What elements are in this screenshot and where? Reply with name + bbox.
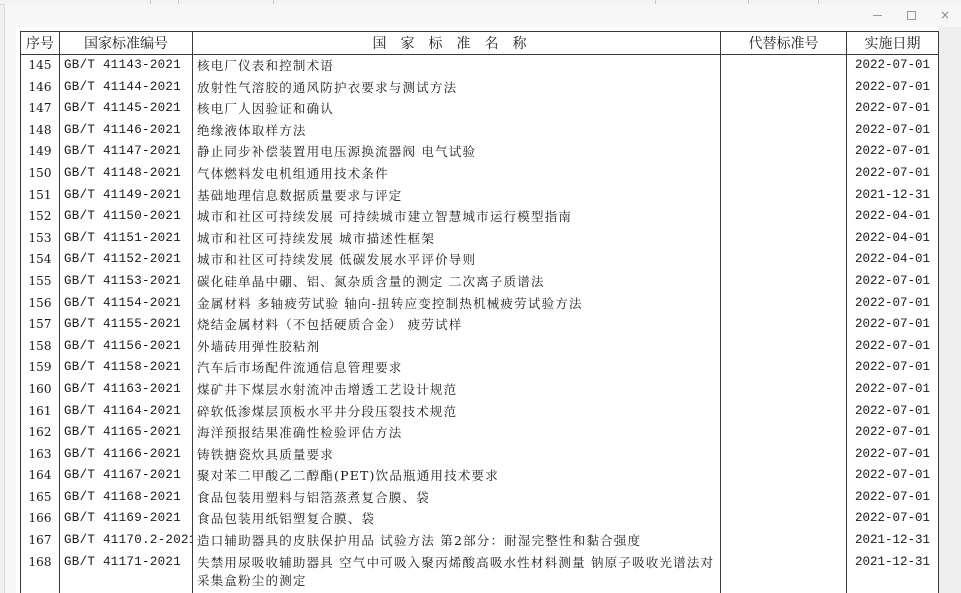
cell-code: GB/T 41153-2021 [60,271,193,293]
cell-replaced [721,163,847,185]
cell-name: 外墙砖用弹性胶粘剂 [193,336,721,358]
cell-replaced [721,379,847,401]
cell-name: 气体燃料发电机组通用技术条件 [193,163,721,185]
cell-seq: 162 [21,422,60,444]
cell-code: GB/T 41148-2021 [60,163,193,185]
cell-replaced [721,77,847,99]
table-row: 153GB/T 41151-2021城市和社区可持续发展 城市描述性框架2022… [21,228,939,250]
cell-date: 2021-12-31 [847,185,939,207]
cell-code: GB/T 41164-2021 [60,401,193,423]
cell-code: GB/T 41166-2021 [60,444,193,466]
cell-code: GB/T 41155-2021 [60,314,193,336]
cell-name: 铸铁搪瓷炊具质量要求 [193,444,721,466]
cell-seq: 151 [21,185,60,207]
cell-date: 2022-07-01 [847,401,939,423]
cell-replaced [721,444,847,466]
cell-replaced [721,336,847,358]
close-icon: × [940,8,950,22]
cell-name: 碎软低渗煤层顶板水平井分段压裂技术规范 [193,401,721,423]
cell-code: GB/T 41165-2021 [60,422,193,444]
cell-name: 碳化硅单晶中硼、铝、氮杂质含量的测定 二次离子质谱法 [193,271,721,293]
cell-replaced [721,357,847,379]
cell-seq: 158 [21,336,60,358]
table-row: 168GB/T 41171-2021失禁用尿吸收辅助器具 空气中可吸入聚丙烯酸高… [21,552,939,593]
table-row: 145GB/T 41143-2021核电厂仪表和控制术语2022-07-01 [21,55,939,77]
cell-date: 2022-07-01 [847,357,939,379]
cell-date: 2022-07-01 [847,379,939,401]
cell-name: 基础地理信息数据质量要求与评定 [193,185,721,207]
cell-code: GB/T 41143-2021 [60,55,193,77]
table-row: 149GB/T 41147-2021静止同步补偿装置用电压源换流器阀 电气试验2… [21,141,939,163]
cell-code: GB/T 41145-2021 [60,98,193,120]
cell-code: GB/T 41170.2-2021 [60,530,193,552]
cell-replaced [721,120,847,142]
cell-replaced [721,228,847,250]
cell-seq: 168 [21,552,60,593]
table-row: 148GB/T 41146-2021绝缘液体取样方法2022-07-01 [21,120,939,142]
cell-name: 绝缘液体取样方法 [193,120,721,142]
cell-date: 2022-07-01 [847,487,939,509]
cell-date: 2021-12-31 [847,552,939,593]
table-row: 154GB/T 41152-2021城市和社区可持续发展 低碳发展水平评价导则2… [21,249,939,271]
table-row: 155GB/T 41153-2021碳化硅单晶中硼、铝、氮杂质含量的测定 二次离… [21,271,939,293]
cell-replaced [721,185,847,207]
table-row: 161GB/T 41164-2021碎软低渗煤层顶板水平井分段压裂技术规范202… [21,401,939,423]
cell-date: 2022-04-01 [847,206,939,228]
cell-seq: 163 [21,444,60,466]
cell-code: GB/T 41146-2021 [60,120,193,142]
table-row: 159GB/T 41158-2021汽车后市场配件流通信息管理要求2022-07… [21,357,939,379]
table-row: 166GB/T 41169-2021食品包装用纸铝塑复合膜、袋2022-07-0… [21,508,939,530]
table-row: 150GB/T 41148-2021气体燃料发电机组通用技术条件2022-07-… [21,163,939,185]
cell-seq: 164 [21,465,60,487]
close-button[interactable]: × [928,4,961,26]
cell-replaced [721,206,847,228]
cell-seq: 146 [21,77,60,99]
cell-seq: 165 [21,487,60,509]
page-margin [938,27,961,593]
table-row: 163GB/T 41166-2021铸铁搪瓷炊具质量要求2022-07-01 [21,444,939,466]
cell-seq: 159 [21,357,60,379]
cell-seq: 156 [21,293,60,315]
table-row: 151GB/T 41149-2021基础地理信息数据质量要求与评定2021-12… [21,185,939,207]
cell-replaced [721,271,847,293]
table-row: 152GB/T 41150-2021城市和社区可持续发展 可持续城市建立智慧城市… [21,206,939,228]
cell-replaced [721,530,847,552]
header-code: 国家标准编号 [60,32,193,55]
cell-name: 失禁用尿吸收辅助器具 空气中可吸入聚丙烯酸高吸水性材料测量 钠原子吸收光谱法对采… [193,552,721,593]
cell-seq: 148 [21,120,60,142]
cell-date: 2022-07-01 [847,465,939,487]
cell-seq: 154 [21,249,60,271]
cell-replaced [721,465,847,487]
cell-seq: 167 [21,530,60,552]
cell-date: 2022-07-01 [847,422,939,444]
table-row: 146GB/T 41144-2021放射性气溶胶的通风防护衣要求与测试方法202… [21,77,939,99]
cell-date: 2022-07-01 [847,508,939,530]
cell-name: 食品包装用纸铝塑复合膜、袋 [193,508,721,530]
window-controls: × [860,4,961,26]
table-header-row: 序号 国家标准编号 国家标准名称 代替标准号 实施日期 [21,32,939,55]
cell-seq: 155 [21,271,60,293]
header-replaced: 代替标准号 [721,32,847,55]
cell-name: 造口辅助器具的皮肤保护用品 试验方法 第2部分：耐湿完整性和黏合强度 [193,530,721,552]
cell-code: GB/T 41171-2021 [60,552,193,593]
cell-name: 静止同步补偿装置用电压源换流器阀 电气试验 [193,141,721,163]
cell-code: GB/T 41168-2021 [60,487,193,509]
cell-seq: 160 [21,379,60,401]
cell-name: 放射性气溶胶的通风防护衣要求与测试方法 [193,77,721,99]
cell-date: 2022-07-01 [847,314,939,336]
cell-replaced [721,314,847,336]
cell-seq: 152 [21,206,60,228]
cell-name: 海洋预报结果准确性检验评估方法 [193,422,721,444]
minimize-button[interactable] [860,4,894,26]
table-row: 162GB/T 41165-2021海洋预报结果准确性检验评估方法2022-07… [21,422,939,444]
cell-date: 2022-07-01 [847,271,939,293]
cell-seq: 157 [21,314,60,336]
cell-name: 汽车后市场配件流通信息管理要求 [193,357,721,379]
cell-date: 2022-07-01 [847,336,939,358]
cell-date: 2022-04-01 [847,249,939,271]
cell-name: 核电厂仪表和控制术语 [193,55,721,77]
cell-replaced [721,293,847,315]
cell-date: 2022-07-01 [847,444,939,466]
cell-seq: 145 [21,55,60,77]
header-date: 实施日期 [847,32,939,55]
cell-name: 煤矿井下煤层水射流冲击增透工艺设计规范 [193,379,721,401]
table-row: 165GB/T 41168-2021食品包装用塑料与铝箔蒸煮复合膜、袋2022-… [21,487,939,509]
cell-name: 食品包装用塑料与铝箔蒸煮复合膜、袋 [193,487,721,509]
cell-code: GB/T 41152-2021 [60,249,193,271]
table-row: 156GB/T 41154-2021金属材料 多轴疲劳试验 轴向-扭转应变控制热… [21,293,939,315]
cell-name: 城市和社区可持续发展 可持续城市建立智慧城市运行模型指南 [193,206,721,228]
cell-code: GB/T 41151-2021 [60,228,193,250]
cell-date: 2022-07-01 [847,163,939,185]
cell-date: 2022-07-01 [847,55,939,77]
cell-code: GB/T 41147-2021 [60,141,193,163]
cell-replaced [721,422,847,444]
header-name: 国家标准名称 [193,32,721,55]
cell-date: 2021-12-31 [847,530,939,552]
cell-replaced [721,508,847,530]
cell-seq: 153 [21,228,60,250]
cell-date: 2022-07-01 [847,293,939,315]
header-seq: 序号 [21,32,60,55]
cell-date: 2022-04-01 [847,228,939,250]
cell-replaced [721,487,847,509]
cell-code: GB/T 41158-2021 [60,357,193,379]
cell-code: GB/T 41163-2021 [60,379,193,401]
cell-seq: 161 [21,401,60,423]
cell-name: 金属材料 多轴疲劳试验 轴向-扭转应变控制热机械疲劳试验方法 [193,293,721,315]
table-body: 145GB/T 41143-2021核电厂仪表和控制术语2022-07-0114… [21,55,939,593]
cell-seq: 150 [21,163,60,185]
maximize-button[interactable] [894,4,928,26]
cell-date: 2022-07-01 [847,98,939,120]
cell-code: GB/T 41149-2021 [60,185,193,207]
cell-name: 核电厂人因验证和确认 [193,98,721,120]
cell-name: 烧结金属材料（不包括硬质合金） 疲劳试样 [193,314,721,336]
cell-code: GB/T 41144-2021 [60,77,193,99]
standards-table: 序号 国家标准编号 国家标准名称 代替标准号 实施日期 145GB/T 4114… [20,31,939,593]
table-row: 167GB/T 41170.2-2021造口辅助器具的皮肤保护用品 试验方法 第… [21,530,939,552]
cell-seq: 166 [21,508,60,530]
cell-code: GB/T 41150-2021 [60,206,193,228]
cell-replaced [721,141,847,163]
cell-name: 城市和社区可持续发展 低碳发展水平评价导则 [193,249,721,271]
cell-date: 2022-07-01 [847,77,939,99]
cell-date: 2022-07-01 [847,141,939,163]
minimize-icon [873,15,882,16]
cell-code: GB/T 41154-2021 [60,293,193,315]
cell-date: 2022-07-01 [847,120,939,142]
table-row: 160GB/T 41163-2021煤矿井下煤层水射流冲击增透工艺设计规范202… [21,379,939,401]
cell-name: 城市和社区可持续发展 城市描述性框架 [193,228,721,250]
cell-replaced [721,98,847,120]
cell-replaced [721,401,847,423]
cell-code: GB/T 41156-2021 [60,336,193,358]
table-row: 147GB/T 41145-2021核电厂人因验证和确认2022-07-01 [21,98,939,120]
maximize-icon [907,11,916,20]
table-row: 158GB/T 41156-2021外墙砖用弹性胶粘剂2022-07-01 [21,336,939,358]
cell-replaced [721,55,847,77]
table-row: 164GB/T 41167-2021聚对苯二甲酸乙二醇酯(PET)饮品瓶通用技术… [21,465,939,487]
cell-code: GB/T 41167-2021 [60,465,193,487]
cell-seq: 149 [21,141,60,163]
cell-replaced [721,552,847,593]
cell-name: 聚对苯二甲酸乙二醇酯(PET)饮品瓶通用技术要求 [193,465,721,487]
cell-seq: 147 [21,98,60,120]
cell-replaced [721,249,847,271]
cell-code: GB/T 41169-2021 [60,508,193,530]
table-row: 157GB/T 41155-2021烧结金属材料（不包括硬质合金） 疲劳试样20… [21,314,939,336]
